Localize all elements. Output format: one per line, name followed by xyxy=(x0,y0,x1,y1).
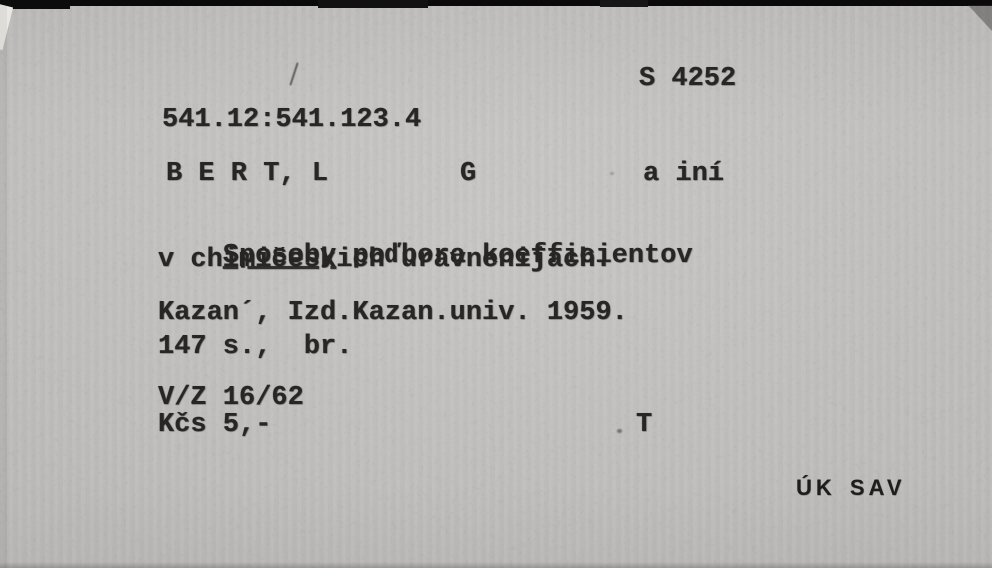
scan-edge-left xyxy=(0,0,7,568)
scan-edge-artifact xyxy=(600,0,648,7)
category-letter: T xyxy=(636,412,652,439)
pen-slash-mark xyxy=(289,62,298,85)
title-line-2: v chimičeskich uravnenijach. xyxy=(158,247,612,274)
scan-shadow-wedge xyxy=(968,5,992,31)
scan-edge-top xyxy=(0,0,992,6)
imprint-line: Kazan´, Izd.Kazan.univ. 1959. xyxy=(158,300,628,327)
price: Kčs 5,- xyxy=(158,412,271,439)
scan-edge-bottom xyxy=(0,562,992,568)
catalog-card-scan: S 4252 541.12:541.123.4 B E R T, L G a i… xyxy=(0,0,992,568)
ink-speck xyxy=(610,172,614,175)
author-addendum: a iní xyxy=(643,161,724,188)
author-surname: B E R T, L xyxy=(166,161,328,188)
ink-speck xyxy=(617,429,622,433)
udc-number: 541.12:541.123.4 xyxy=(162,107,421,134)
author-initial: G xyxy=(460,161,476,188)
library-stamp: ÚK SAV xyxy=(796,475,906,501)
accession-number: V/Z 16/62 xyxy=(158,385,304,412)
scan-edge-artifact xyxy=(318,0,428,8)
collation-line: 147 s., br. xyxy=(158,334,352,361)
shelf-mark: S 4252 xyxy=(639,66,736,93)
